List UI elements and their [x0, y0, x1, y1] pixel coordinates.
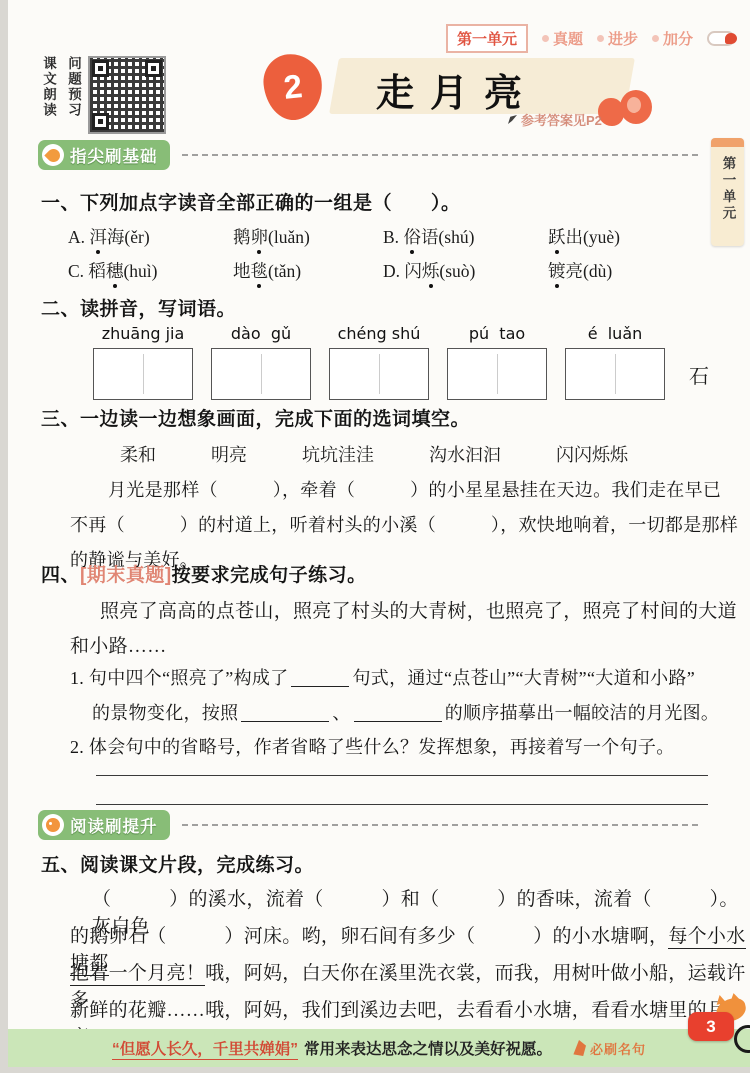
cloud-heart-icon [707, 31, 735, 46]
section-basics-badge: 指尖刷基础 [38, 140, 170, 170]
q1-option-a2: 鹅卵(luǎn) [233, 224, 383, 249]
q4-number: 四、 [41, 565, 80, 586]
q1-option-c1: C. 稻穗(huì) [68, 258, 233, 283]
footer-quote: “但愿人长久，千里共婵娟” [112, 1037, 298, 1060]
section-reading-label: 阅读刷提升 [70, 813, 158, 837]
unit-tag-3-label: 加分 [663, 28, 693, 49]
unit-tag-1: 真题 [542, 28, 583, 49]
answer-note-text: 参考答案见P2 [521, 110, 602, 129]
pinyin-label: chéng shú [338, 324, 421, 343]
q1-option-b1: B. 俗语(shú) [383, 224, 548, 249]
unit-tag-1-label: 真题 [553, 28, 583, 49]
unit-side-tab: 第一单元 [711, 138, 744, 246]
side-tab-label: 第一单元 [718, 156, 738, 222]
q1-option-b2: 跃出(yuè) [548, 224, 620, 249]
bank-word: 柔和 [120, 441, 156, 467]
write-box[interactable] [329, 348, 429, 400]
write-box[interactable] [447, 348, 547, 400]
underlined-text: 抱着一个月亮！ [70, 963, 205, 986]
write-box[interactable] [93, 348, 193, 400]
q1-option-a1: A. 洱海(ěr) [68, 224, 233, 249]
q2-stem: 二、读拼音，写词语。 [41, 294, 236, 321]
q4-sub1-line-2: 的景物变化，按照、的顺序描摹出一幅皎洁的月光图。 [92, 699, 719, 725]
q1-option-c2: 地毯(tǎn) [233, 258, 383, 283]
q5-stem: 五、阅读课文片段，完成练习。 [41, 850, 314, 877]
qr-finder-icon [92, 113, 109, 130]
answer-reference-note: 参考答案见P2 [508, 110, 602, 129]
q4-stem: 四、[期末真题]按要求完成句子练习。 [41, 560, 367, 587]
unit-tag-2: 进步 [597, 28, 638, 49]
footer-explanation: 常用来表达思念之情以及美好祝愿。 [304, 1037, 552, 1059]
write-box[interactable] [565, 348, 665, 400]
qr-code [88, 56, 166, 134]
q3-stem: 三、一边读一边想象画面，完成下面的选词填空。 [41, 404, 470, 431]
answer-line[interactable] [96, 804, 708, 805]
q3-line-2: 不再（ ）的村道上，听着村头的小溪（ ），欢快地响着，一切都是那样 [70, 511, 738, 537]
unit-tag-2-label: 进步 [608, 28, 638, 49]
qr-finder-icon [92, 60, 109, 77]
brand-label: 必刷名句 [590, 1039, 646, 1058]
qr-label-preview: 问题预习 [63, 56, 83, 136]
section-reading-badge: 阅读刷提升 [38, 810, 170, 840]
answer-line[interactable] [96, 775, 708, 776]
tag-bullet-icon [542, 35, 549, 42]
dashed-divider [182, 824, 699, 826]
q1-option-d1: D. 闪烁(suò) [383, 258, 548, 283]
footer-bar: “但愿人长久，千里共婵娟” 常用来表达思念之情以及美好祝愿。 必刷名句 [8, 1029, 750, 1067]
q1-stem: 一、下列加点字读音全部正确的一组是（ ）。 [41, 188, 461, 215]
q2-write-boxes: 石 [93, 348, 709, 400]
section-reading-header: 阅读刷提升 [38, 810, 698, 840]
q1-options: A. 洱海(ěr) 鹅卵(luǎn) B. 俗语(shú) 跃出(yuè) C.… [68, 224, 620, 283]
section-basics-header: 指尖刷基础 [38, 140, 698, 170]
moon-decoration-icon [596, 88, 652, 130]
worksheet-page: 第一单元 真题 进步 加分 课文朗读 问题预习 2 走月亮 参考答案见P2 第一… [8, 0, 750, 1067]
page-number-badge: 3 [688, 1012, 734, 1041]
fill-blank[interactable] [354, 703, 442, 722]
unit-header: 第一单元 真题 进步 加分 [446, 24, 735, 53]
pinyin-label: é luǎn [588, 324, 643, 343]
q2-pinyin-row: zhuāng jia dào gǔ chéng shú pú tao é luǎ… [93, 324, 665, 344]
q4-stem-text: 按要求完成句子练习。 [172, 565, 367, 586]
bank-word: 坑坑洼洼 [302, 441, 374, 467]
pinyin-label: dào gǔ [231, 324, 291, 343]
bank-word: 闪闪烁烁 [556, 441, 628, 467]
lesson-title: 走月亮 [376, 62, 538, 117]
tag-bullet-icon [652, 35, 659, 42]
unit-tag-3: 加分 [652, 28, 693, 49]
q4-sub1-line-1: 1. 句中四个“照亮了”构成了句式，通过“点苍山”“大青树”“大道和小路” [70, 664, 695, 690]
pen-icon [508, 115, 517, 124]
brand-icon [572, 1040, 586, 1056]
qr-label-reading: 课文朗读 [38, 56, 58, 136]
q4-passage-line-2: 和小路…… [70, 631, 167, 658]
fill-blank[interactable] [241, 703, 329, 722]
q3-word-bank: 柔和 明亮 坑坑洼洼 沟水汩汩 闪闪烁烁 [120, 441, 628, 467]
chick-icon [46, 818, 60, 832]
q4-exam-tag: [期末真题] [80, 565, 172, 586]
write-box[interactable] [211, 348, 311, 400]
lesson-number-badge: 2 [261, 51, 326, 123]
side-tab-cap [711, 138, 744, 147]
bank-word: 明亮 [211, 441, 247, 467]
q4-sub2: 2. 体会句中的省略号，作者省略了些什么？发挥想象，再接着写一个句子。 [70, 733, 675, 759]
footer-brand: 必刷名句 [572, 1039, 646, 1058]
pinyin-label: zhuāng jia [102, 324, 185, 343]
pinyin-label: pú tao [469, 324, 525, 343]
q3-line-1: 月光是那样（ ），牵着（ ）的小星星悬挂在天边。我们走在早已 [108, 476, 721, 502]
qr-finder-icon [145, 60, 162, 77]
q2-suffix-char: 石 [689, 360, 709, 389]
unit-label: 第一单元 [446, 24, 528, 53]
q4-passage-line-1: 照亮了高高的点苍山，照亮了村头的大青树，也照亮了，照亮了村间的大道 [100, 596, 737, 623]
pointing-finger-icon [44, 146, 62, 164]
bank-word: 沟水汩汩 [429, 441, 501, 467]
dashed-divider [182, 154, 699, 156]
q1-option-d2: 镀亮(dù) [548, 258, 620, 283]
section-basics-label: 指尖刷基础 [70, 143, 158, 167]
fill-blank[interactable] [291, 668, 349, 687]
qr-block: 课文朗读 问题预习 [38, 56, 166, 136]
tag-bullet-icon [597, 35, 604, 42]
